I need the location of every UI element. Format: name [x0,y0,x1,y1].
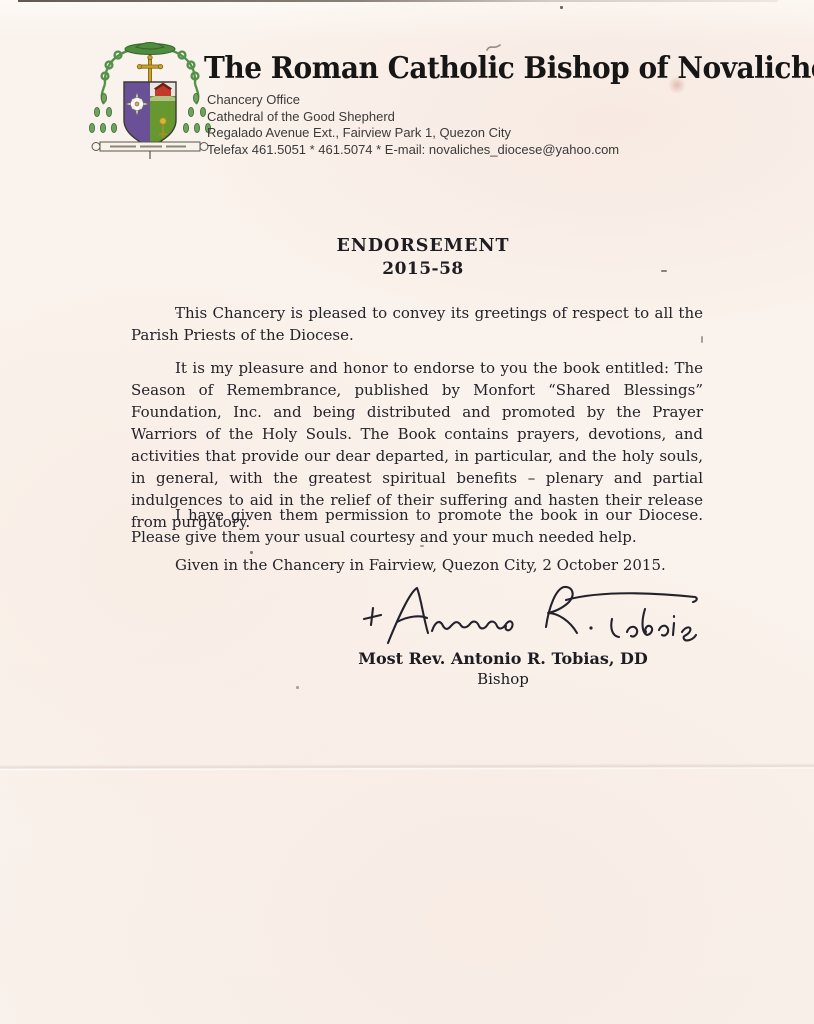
motto-scroll [92,142,208,159]
signer-name: Most Rev. Antonio R. Tobias, DD [352,649,654,668]
date-line: Given in the Chancery in Fairview, Quezo… [131,556,731,574]
scan-speck [420,545,424,547]
address-line: Regalado Avenue Ext., Fairview Park 1, Q… [207,125,687,142]
scan-speck [701,336,703,343]
ink-smudge [668,76,686,94]
scan-speck [560,6,563,9]
address-line: Cathedral of the Good Shepherd [207,109,687,126]
pen-squiggle-mark [486,43,502,53]
cross-icon [137,55,162,82]
scanner-edge-shadow [18,0,778,2]
bishop-signature [350,582,702,652]
document-number: 2015-58 [140,259,706,279]
letterhead-address: Chancery Office Cathedral of the Good Sh… [207,92,687,158]
scan-speck [296,686,299,689]
document-title: ENDORSEMENT [140,236,706,256]
letter-page: The Roman Catholic Bishop of Novaliches … [0,0,814,1024]
diocese-coat-of-arms [84,38,216,160]
shield-icon [124,82,176,148]
paragraph-permission: I have given them permission to promote … [131,504,703,548]
address-line: Telefax 461.5051 * 461.5074 * E-mail: no… [207,142,687,159]
signature-block: Most Rev. Antonio R. Tobias, DD Bishop [352,649,654,688]
scan-speck [661,270,667,272]
galero-hat-icon [125,43,175,55]
signer-role: Bishop [352,670,654,688]
scan-speck [250,551,253,554]
paper-fold-crease [0,763,814,773]
address-line: Chancery Office [207,92,687,109]
paragraph-greeting: This Chancery is pleased to convey its g… [131,302,703,346]
document-heading: ENDORSEMENT 2015-58 [140,236,706,279]
scan-speck [176,312,179,314]
